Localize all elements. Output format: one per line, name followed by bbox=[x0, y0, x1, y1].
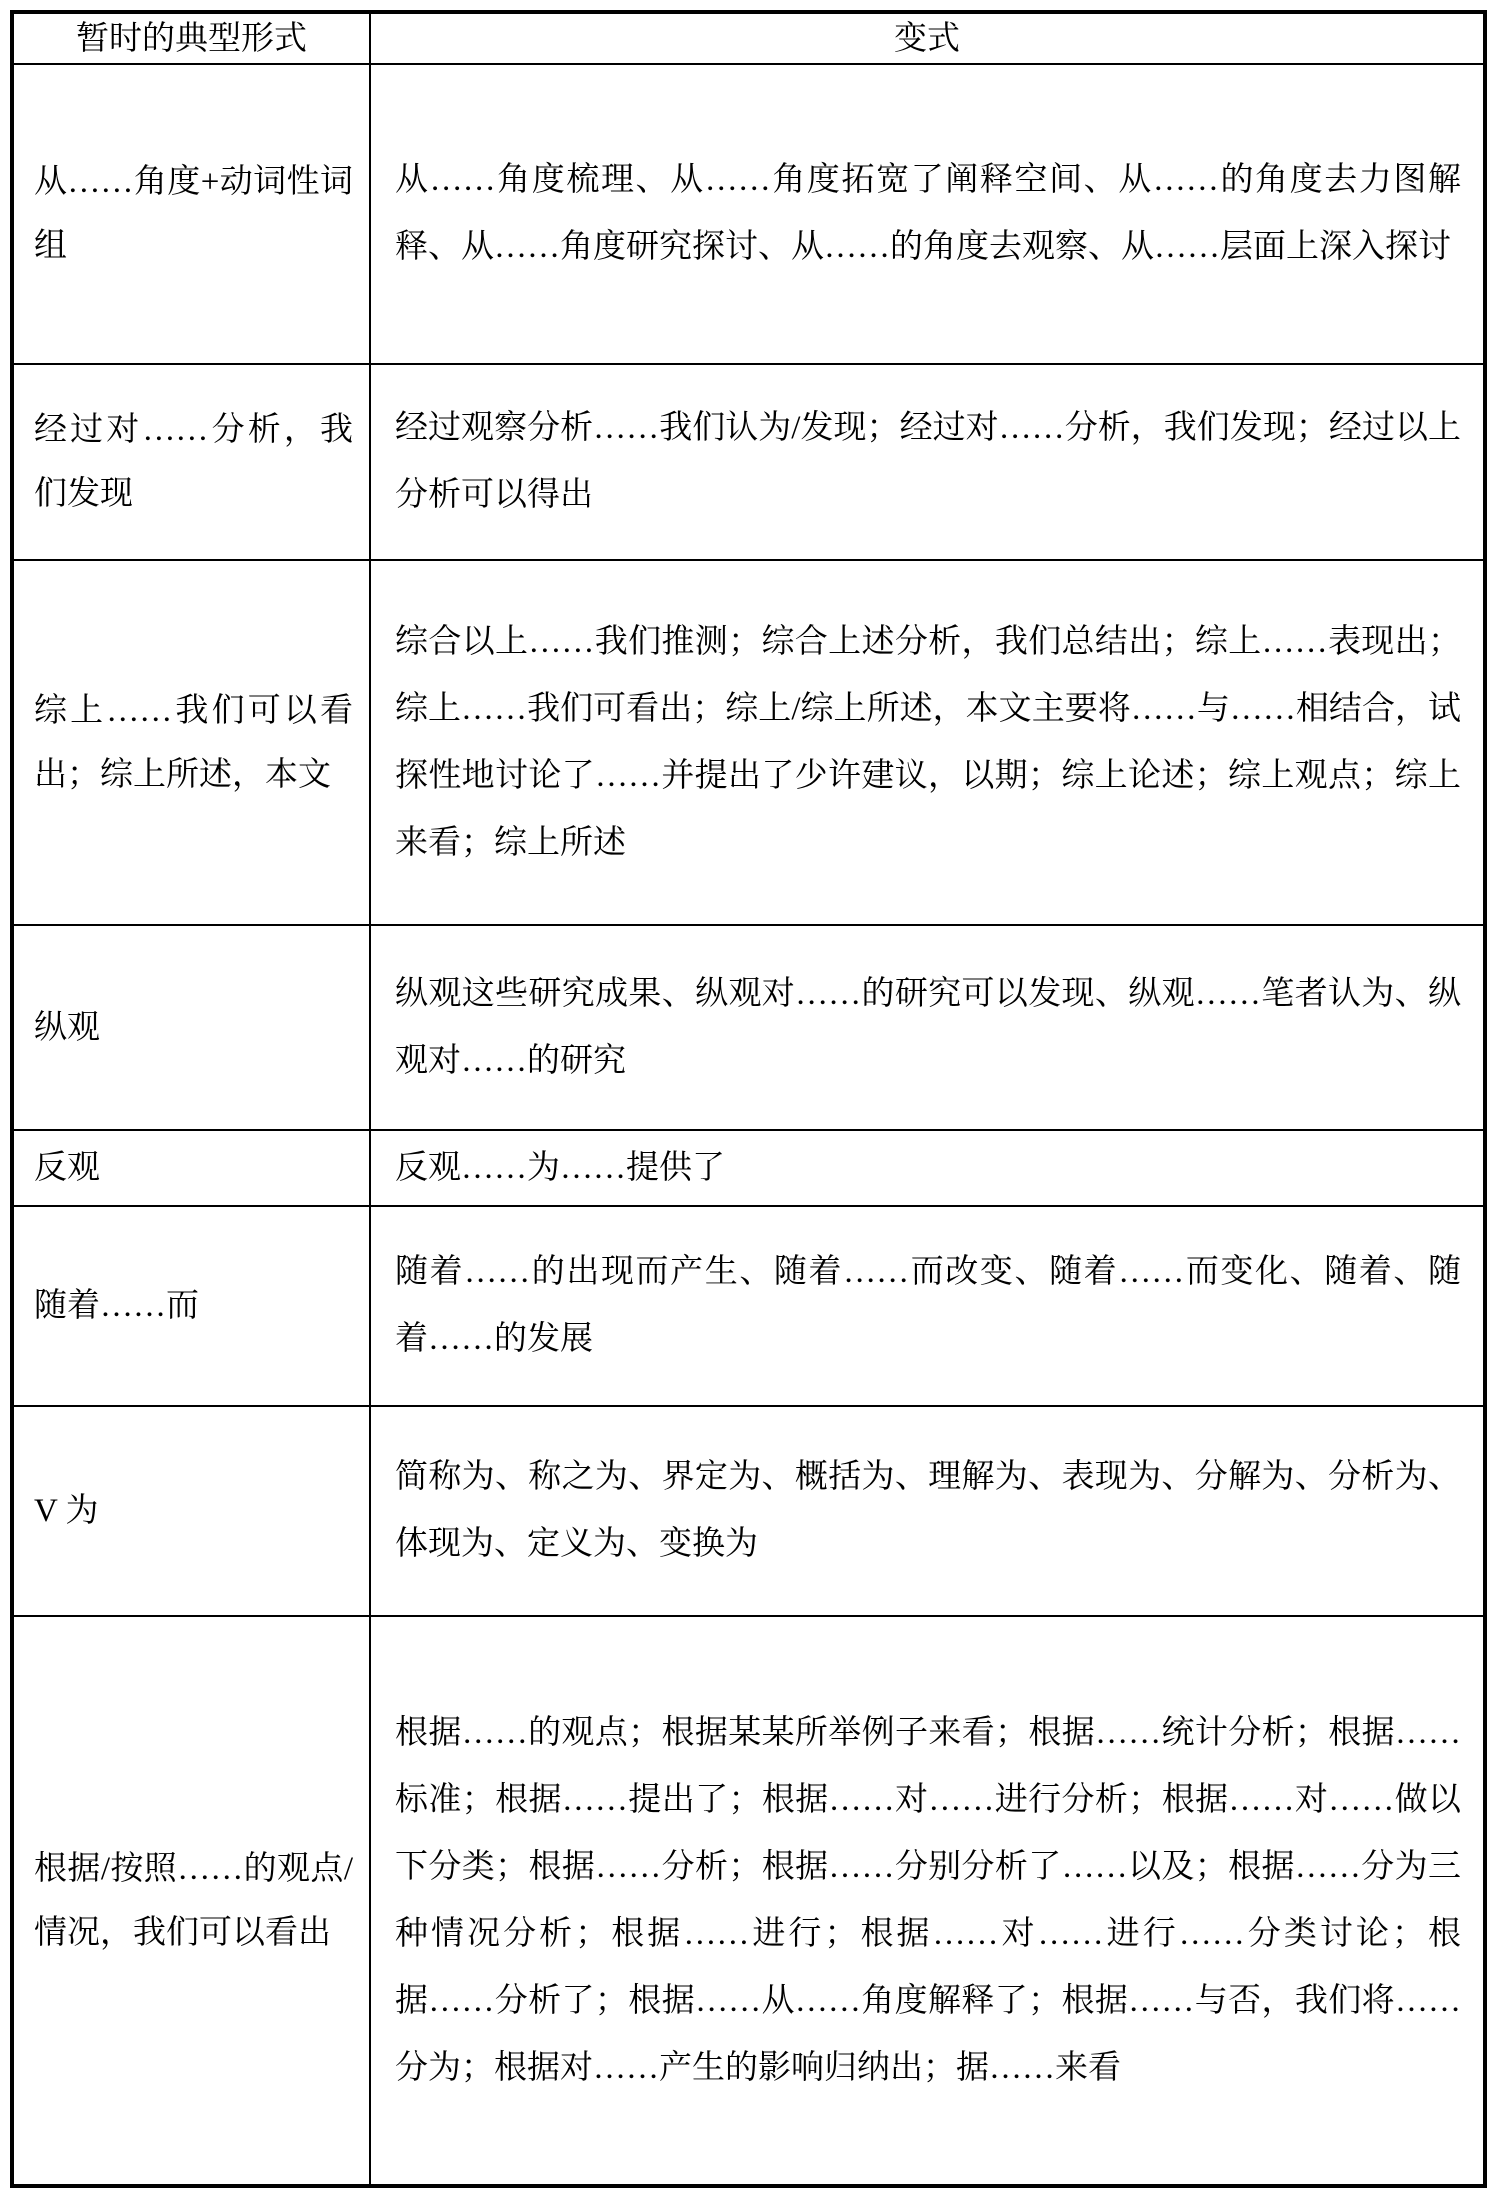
table-row: V 为 简称为、称之为、界定为、概括为、理解为、表现为、分解为、分析为、体现为、… bbox=[12, 1406, 1485, 1616]
variants-cell: 根据……的观点；根据某某所举例子来看；根据……统计分析；根据……标准；根据……提… bbox=[370, 1616, 1485, 2186]
variants-cell: 综合以上……我们推测；综合上述分析，我们总结出；综上……表现出；综上……我们可看… bbox=[370, 560, 1485, 925]
form-cell: 反观 bbox=[12, 1130, 370, 1206]
form-cell: V 为 bbox=[12, 1406, 370, 1616]
header-row: 暂时的典型形式 变式 bbox=[12, 12, 1485, 64]
column-header-form: 暂时的典型形式 bbox=[12, 12, 370, 64]
variants-cell: 经过观察分析……我们认为/发现；经过对……分析，我们发现；经过以上分析可以得出 bbox=[370, 364, 1485, 560]
variants-cell: 简称为、称之为、界定为、概括为、理解为、表现为、分解为、分析为、体现为、定义为、… bbox=[370, 1406, 1485, 1616]
form-cell: 从……角度+动词性词组 bbox=[12, 64, 370, 364]
form-cell: 综上……我们可以看出；综上所述，本文 bbox=[12, 560, 370, 925]
form-cell: 经过对……分析，我们发现 bbox=[12, 364, 370, 560]
variants-cell: 随着……的出现而产生、随着……而改变、随着……而变化、随着、随着……的发展 bbox=[370, 1206, 1485, 1406]
variants-cell: 从……角度梳理、从……角度拓宽了阐释空间、从……的角度去力图解释、从……角度研究… bbox=[370, 64, 1485, 364]
form-cell: 随着……而 bbox=[12, 1206, 370, 1406]
table-row: 根据/按照……的观点/情况，我们可以看出 根据……的观点；根据某某所举例子来看；… bbox=[12, 1616, 1485, 2186]
table-row: 综上……我们可以看出；综上所述，本文 综合以上……我们推测；综合上述分析，我们总… bbox=[12, 560, 1485, 925]
variants-cell: 纵观这些研究成果、纵观对……的研究可以发现、纵观……笔者认为、纵观对……的研究 bbox=[370, 925, 1485, 1130]
table-row: 反观 反观……为……提供了 bbox=[12, 1130, 1485, 1206]
table-row: 经过对……分析，我们发现 经过观察分析……我们认为/发现；经过对……分析，我们发… bbox=[12, 364, 1485, 560]
variants-cell: 反观……为……提供了 bbox=[370, 1130, 1485, 1206]
form-cell: 根据/按照……的观点/情况，我们可以看出 bbox=[12, 1616, 370, 2186]
table-row: 从……角度+动词性词组 从……角度梳理、从……角度拓宽了阐释空间、从……的角度去… bbox=[12, 64, 1485, 364]
form-cell: 纵观 bbox=[12, 925, 370, 1130]
document-page: 暂时的典型形式 变式 从……角度+动词性词组 从……角度梳理、从……角度拓宽了阐… bbox=[0, 0, 1496, 2187]
table-row: 随着……而 随着……的出现而产生、随着……而改变、随着……而变化、随着、随着……… bbox=[12, 1206, 1485, 1406]
column-header-variants: 变式 bbox=[370, 12, 1485, 64]
typical-forms-table: 暂时的典型形式 变式 从……角度+动词性词组 从……角度梳理、从……角度拓宽了阐… bbox=[10, 10, 1487, 2188]
table-row: 纵观 纵观这些研究成果、纵观对……的研究可以发现、纵观……笔者认为、纵观对……的… bbox=[12, 925, 1485, 1130]
